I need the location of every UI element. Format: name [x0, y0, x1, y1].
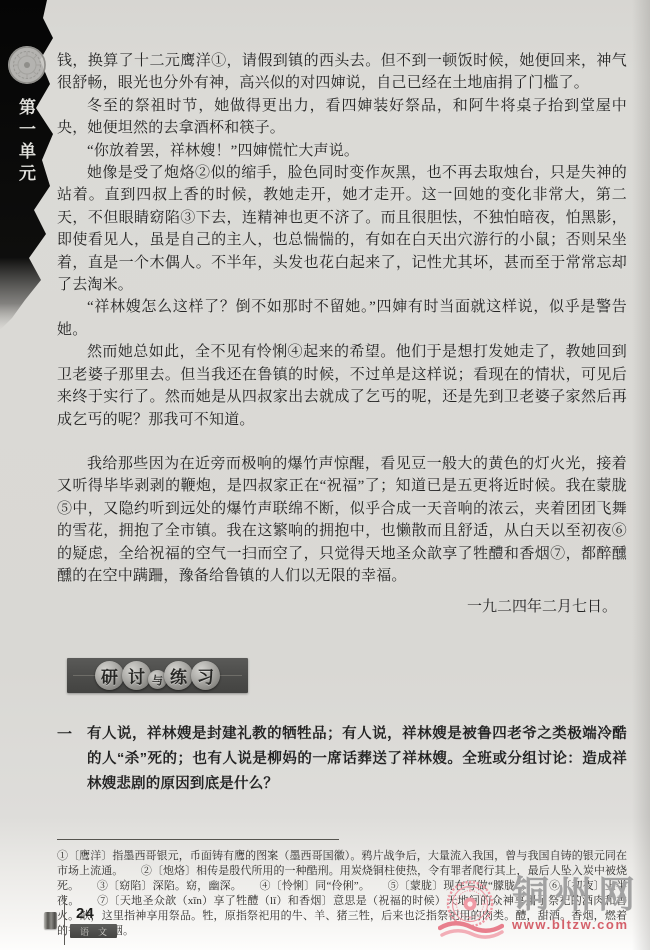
- section-banner: 研 讨 与 练 习: [67, 658, 248, 693]
- watermark-logo-icon: [438, 876, 504, 942]
- page-edge-shadow: [632, 0, 650, 950]
- body-paragraph: 她像是受了炮烙②似的缩手，脸色同时变作灰黑，也不再去取烛台，只是失神的站着。直到…: [57, 162, 627, 296]
- unit-banner-label: 第一单元: [13, 98, 38, 218]
- page-footer: 24 语文: [44, 905, 117, 945]
- article-content: 钱，换算了十二元鹰洋①，请假到镇的西头去。但不到一顿饭时候，她便回来，神气很舒畅…: [57, 50, 627, 939]
- banner-char: 研: [101, 663, 118, 688]
- textbook-page: 第一单元 钱，换算了十二元鹰洋①，请假到镇的西头去。但不到一顿饭时候，她便回来，…: [0, 0, 650, 950]
- banner-ball: 研: [95, 661, 124, 690]
- page-number: 24: [70, 905, 117, 922]
- footnote-item: ③〔窈陷〕深陷。窈，幽深。: [97, 880, 242, 892]
- banner-char: 讨: [128, 663, 145, 688]
- article-date: 一九二四年二月七日。: [57, 595, 617, 616]
- footnote-item: ④〔怜悧〕同“伶俐”。: [260, 880, 370, 892]
- banner-ball: 讨: [122, 661, 151, 690]
- watermark-site-name: 铜州网: [512, 876, 641, 916]
- body-paragraph: “祥林嫂怎么这样了？倒不如那时不留她。”四婶有时当面就这样说，似乎是警告她。: [57, 296, 627, 341]
- publisher-seal-icon: [6, 44, 48, 86]
- body-paragraph: 冬至的祭祖时节，她做得更出力，看四婶装好祭品，和阿牛将桌子抬到堂屋中央，她便坦然…: [57, 95, 627, 140]
- subject-label: 语文: [70, 924, 117, 938]
- watermark-site-url: www.bltzw.com: [512, 917, 641, 932]
- body-paragraph: “你放着罢，祥林嫂！”四婶慌忙大声说。: [57, 140, 627, 162]
- body-paragraph: 然而她总如此，全不见有怜悧④起来的希望。他们于是想打发她走了，教她回到卫老婆子那…: [57, 341, 627, 431]
- watermark: 铜州网 www.bltzw.com: [438, 876, 641, 942]
- banner-ball: 练: [164, 661, 193, 690]
- banner-ball: 习: [191, 661, 220, 690]
- question-text: 有人说，祥林嫂是封建礼教的牺牲品；有人说，祥林嫂是被鲁四老爷之类极端冷酷的人“杀…: [87, 722, 627, 797]
- body-paragraph: 钱，换算了十二元鹰洋①，请假到镇的西头去。但不到一顿饭时候，她便回来，神气很舒畅…: [57, 50, 627, 95]
- booklet-icon: [44, 912, 57, 929]
- question-number: 一: [57, 722, 87, 797]
- page-number-group: 24 语文: [70, 905, 117, 938]
- watermark-text: 铜州网 www.bltzw.com: [512, 876, 641, 932]
- footer-rule: [64, 895, 65, 945]
- banner-char: 与: [152, 672, 163, 688]
- banner-char: 练: [170, 663, 187, 688]
- exercise-question: 一 有人说，祥林嫂是封建礼教的牺牲品；有人说，祥林嫂是被鲁四老爷之类极端冷酷的人…: [57, 722, 627, 797]
- body-paragraph: 我给那些因为在近旁而极响的爆竹声惊醒，看见豆一般大的黄色的灯火光，接着又听得毕毕…: [57, 453, 627, 587]
- banner-char: 习: [197, 663, 214, 688]
- footnote-divider: [57, 839, 339, 840]
